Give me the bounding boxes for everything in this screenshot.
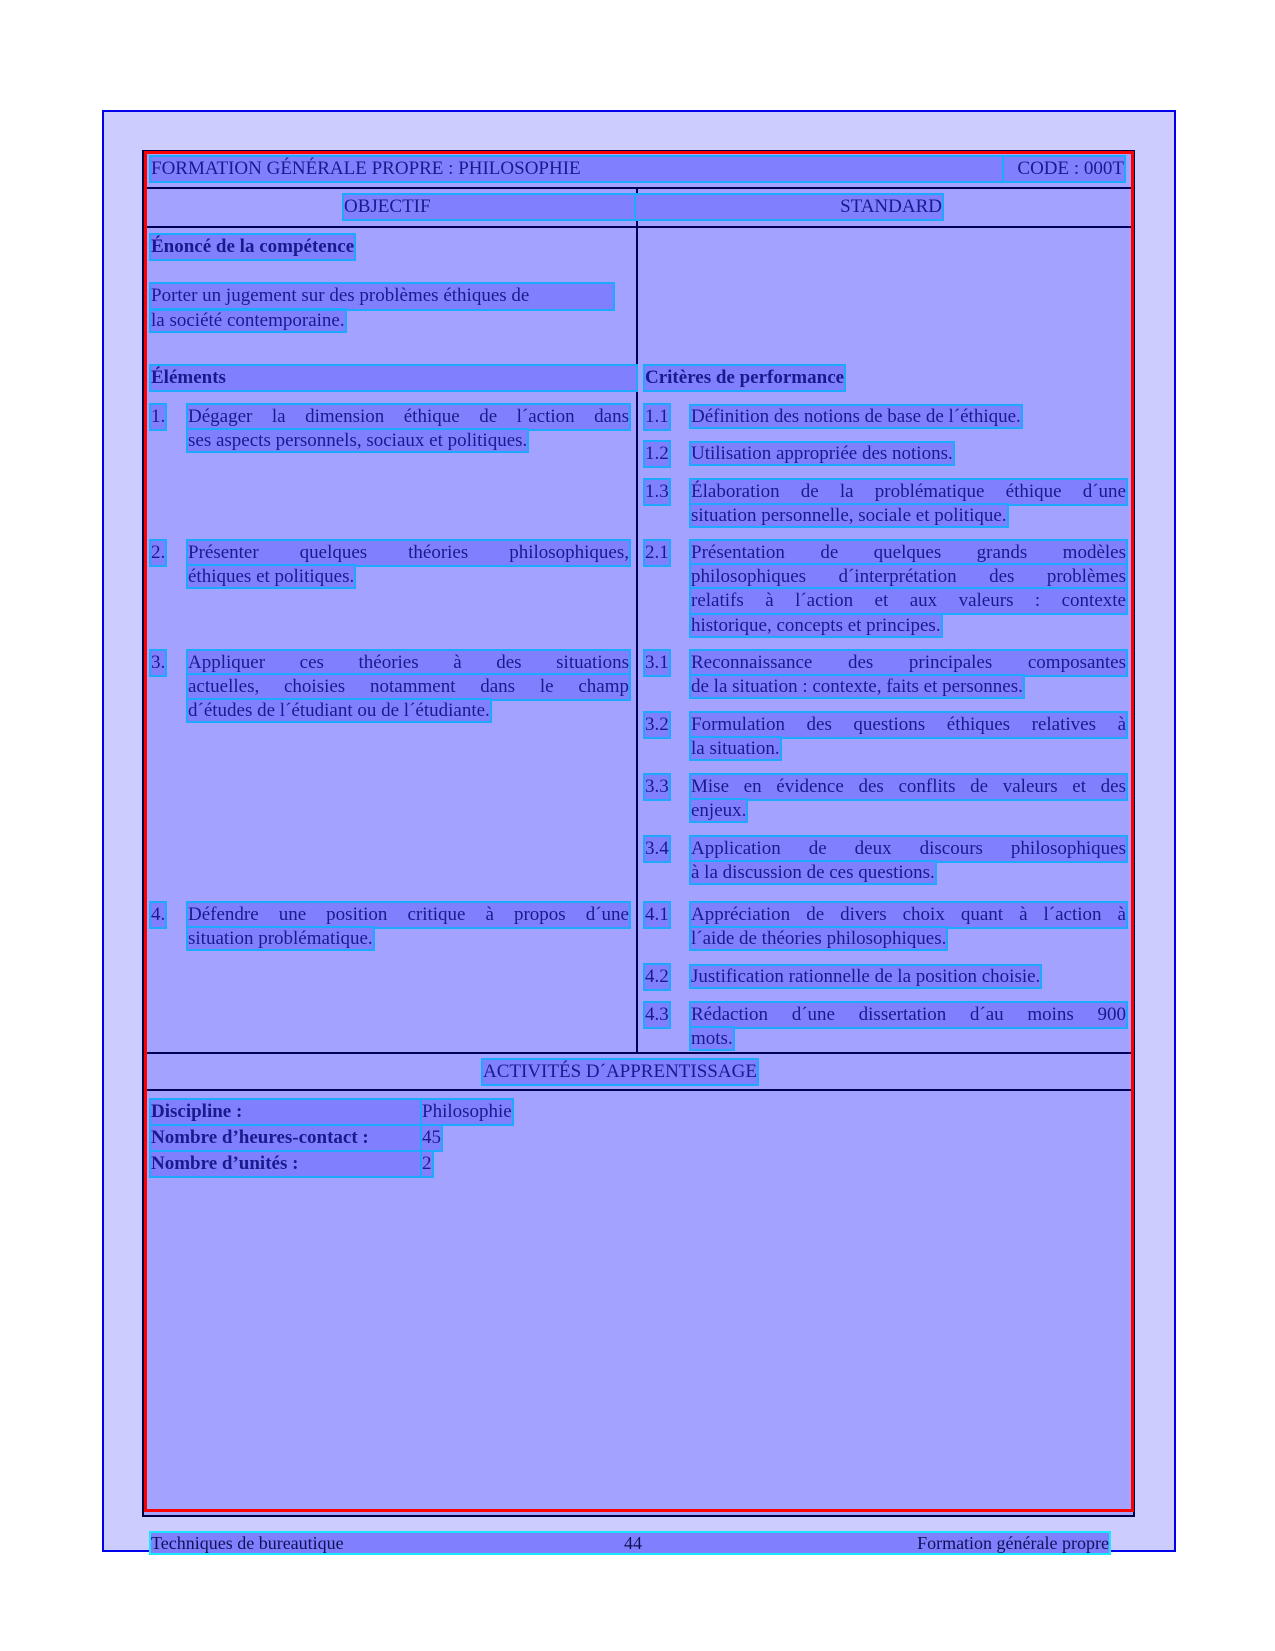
criterion-text-line: Justification rationnelle de la position… — [691, 965, 1040, 989]
criterion-text-line: Élaboration de la problématique éthique … — [691, 480, 1126, 504]
activity-label: Nombre d’unités : — [151, 1152, 421, 1176]
element-text: d´études de l´étudiant ou de l´étudiante… — [188, 700, 490, 721]
statement-line-text: la société contemporaine. — [151, 310, 345, 331]
element-text: actuelles, choisies notamment dans le ch… — [188, 675, 629, 699]
criterion-number: 3.4 — [645, 837, 669, 861]
criterion-text: l´aide de théories philosophiques. — [691, 928, 946, 949]
competence-heading: Énoncé de la compétence — [151, 235, 354, 259]
criterion-number: 4.3 — [645, 1003, 669, 1027]
element-text-line: Présenter quelques théories philosophiqu… — [188, 541, 629, 565]
criterion-text: la situation. — [691, 738, 780, 759]
criterion-text: Définition des notions de base de l´éthi… — [691, 406, 1021, 427]
criterion-number: 4.1 — [645, 903, 669, 927]
criterion-text-line: Rédaction d´une dissertation d´au moins … — [691, 1003, 1126, 1027]
element-number: 4. — [151, 903, 165, 927]
activities-heading-divider — [144, 1089, 1134, 1091]
statement-line: Porter un jugement sur des problèmes éth… — [151, 284, 613, 309]
column-header-divider — [144, 226, 1134, 228]
criterion-text: Mise en évidence des conflits de valeurs… — [691, 775, 1126, 799]
criterion-text-line: Définition des notions de base de l´éthi… — [691, 405, 1021, 429]
activity-value: 45 — [422, 1126, 441, 1150]
criterion-text: Formulation des questions éthiques relat… — [691, 713, 1126, 737]
element-text: Défendre une position critique à propos … — [188, 903, 629, 927]
element-text-line: éthiques et politiques. — [188, 565, 354, 589]
criterion-text: philosophiques d´interprétation des prob… — [691, 565, 1126, 589]
element-text-line: Dégager la dimension éthique de l´action… — [188, 405, 629, 429]
criterion-text: Élaboration de la problématique éthique … — [691, 480, 1126, 504]
activity-label: Nombre d’heures-contact : — [151, 1126, 421, 1150]
criterion-text-line: Utilisation appropriée des notions. — [691, 442, 953, 466]
element-text-line: Défendre une position critique à propos … — [188, 903, 629, 927]
element-text-line: actuelles, choisies notamment dans le ch… — [188, 675, 629, 699]
criterion-number: 3.2 — [645, 713, 669, 737]
element-number: 1. — [151, 405, 165, 429]
course-code: CODE : 000T — [1004, 157, 1124, 181]
elements-heading: Éléments — [151, 366, 636, 390]
criterion-text: Reconnaissance des principales composant… — [691, 651, 1126, 675]
footer-left: Techniques de bureautique — [151, 1533, 344, 1553]
criteria-heading: Critères de performance — [645, 366, 844, 390]
criterion-text: situation personnelle, sociale et politi… — [691, 505, 1007, 526]
criterion-number: 1.2 — [645, 442, 669, 466]
competence-statement: Porter un jugement sur des problèmes éth… — [151, 284, 613, 333]
criterion-text-line: historique, concepts et principes. — [691, 614, 941, 638]
criterion-text: Application de deux discours philosophiq… — [691, 837, 1126, 861]
activities-heading: ACTIVITÉS D´APPRENTISSAGE — [483, 1060, 757, 1084]
criterion-text-line: enjeux. — [691, 799, 746, 823]
criterion-text: relatifs à l´action et aux valeurs : con… — [691, 589, 1126, 613]
criterion-text: historique, concepts et principes. — [691, 615, 941, 636]
criterion-text-line: Reconnaissance des principales composant… — [691, 651, 1126, 675]
document-title: FORMATION GÉNÉRALE PROPRE : PHILOSOPHIE — [151, 157, 1005, 181]
footer-right: Formation générale propre — [886, 1533, 1109, 1553]
column-header-standard: STANDARD — [636, 195, 942, 219]
criterion-text-line: situation personnelle, sociale et politi… — [691, 504, 1007, 528]
element-text: situation problématique. — [188, 928, 373, 949]
criterion-text: Utilisation appropriée des notions. — [691, 443, 953, 464]
criterion-text-line: relatifs à l´action et aux valeurs : con… — [691, 589, 1126, 613]
activity-value: 2 — [422, 1152, 432, 1176]
criterion-number: 1.3 — [645, 480, 669, 504]
criterion-text-line: philosophiques d´interprétation des prob… — [691, 565, 1126, 589]
element-text-line: situation problématique. — [188, 927, 373, 951]
element-text: Appliquer ces théories à des situations — [188, 651, 629, 675]
element-number: 2. — [151, 541, 165, 565]
element-text-line: ses aspects personnels, sociaux et polit… — [188, 429, 527, 453]
criterion-text-line: mots. — [691, 1027, 733, 1051]
criterion-text-line: Appréciation de divers choix quant à l´a… — [691, 903, 1126, 927]
criterion-text-line: la situation. — [691, 737, 780, 761]
competency-table — [142, 150, 1135, 1517]
activities-top-divider — [144, 1052, 1134, 1054]
criterion-text: Rédaction d´une dissertation d´au moins … — [691, 1003, 1126, 1027]
criterion-text-line: de la situation : contexte, faits et per… — [691, 675, 1023, 699]
criterion-text-line: Formulation des questions éthiques relat… — [691, 713, 1126, 737]
column-header-objectif: OBJECTIF — [344, 195, 636, 219]
footer-page-number: 44 — [624, 1533, 642, 1553]
element-text: ses aspects personnels, sociaux et polit… — [188, 430, 527, 451]
header-divider — [144, 187, 1134, 189]
criterion-text: mots. — [691, 1028, 733, 1049]
column-divider — [636, 187, 638, 1053]
criterion-number: 2.1 — [645, 541, 669, 565]
criterion-number: 3.3 — [645, 775, 669, 799]
element-text-line: d´études de l´étudiant ou de l´étudiante… — [188, 699, 490, 723]
criterion-text: enjeux. — [691, 800, 746, 821]
criterion-text-line: Présentation de quelques grands modèles — [691, 541, 1126, 565]
criterion-number: 3.1 — [645, 651, 669, 675]
criterion-text-line: Application de deux discours philosophiq… — [691, 837, 1126, 861]
element-number: 3. — [151, 651, 165, 675]
element-text: Présenter quelques théories philosophiqu… — [188, 541, 629, 565]
activity-label: Discipline : — [151, 1100, 421, 1124]
element-text-line: Appliquer ces théories à des situations — [188, 651, 629, 675]
criterion-text: de la situation : contexte, faits et per… — [691, 676, 1023, 697]
element-text: éthiques et politiques. — [188, 566, 354, 587]
activity-value: Philosophie — [422, 1100, 512, 1124]
criterion-text: Justification rationnelle de la position… — [691, 966, 1040, 987]
criterion-text-line: l´aide de théories philosophiques. — [691, 927, 946, 951]
criterion-number: 4.2 — [645, 965, 669, 989]
criterion-text: à la discussion de ces questions. — [691, 862, 935, 883]
criterion-text-line: à la discussion de ces questions. — [691, 861, 935, 885]
criterion-text: Appréciation de divers choix quant à l´a… — [691, 903, 1126, 927]
criterion-text-line: Mise en évidence des conflits de valeurs… — [691, 775, 1126, 799]
criterion-text: Présentation de quelques grands modèles — [691, 541, 1126, 565]
criterion-number: 1.1 — [645, 405, 669, 429]
element-text: Dégager la dimension éthique de l´action… — [188, 405, 629, 429]
statement-line: la société contemporaine. — [151, 309, 613, 334]
